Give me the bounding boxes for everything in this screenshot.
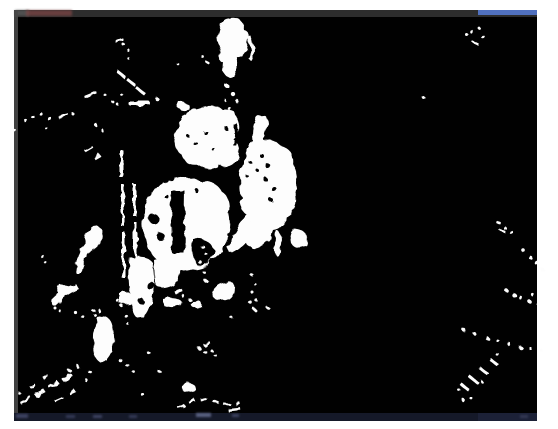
video-frame [13, 10, 544, 421]
screenshot-root [0, 0, 558, 429]
blob-round-dial [142, 178, 230, 270]
bottom-bar-right-section [478, 413, 537, 421]
frame-left-border [14, 10, 18, 421]
frame-top-edge [14, 10, 537, 17]
frame-bottom-bar [14, 413, 537, 421]
binary-video-frame-canvas [0, 0, 558, 429]
top-edge-blue-segment [478, 10, 537, 15]
top-edge-red-smear [26, 10, 72, 16]
